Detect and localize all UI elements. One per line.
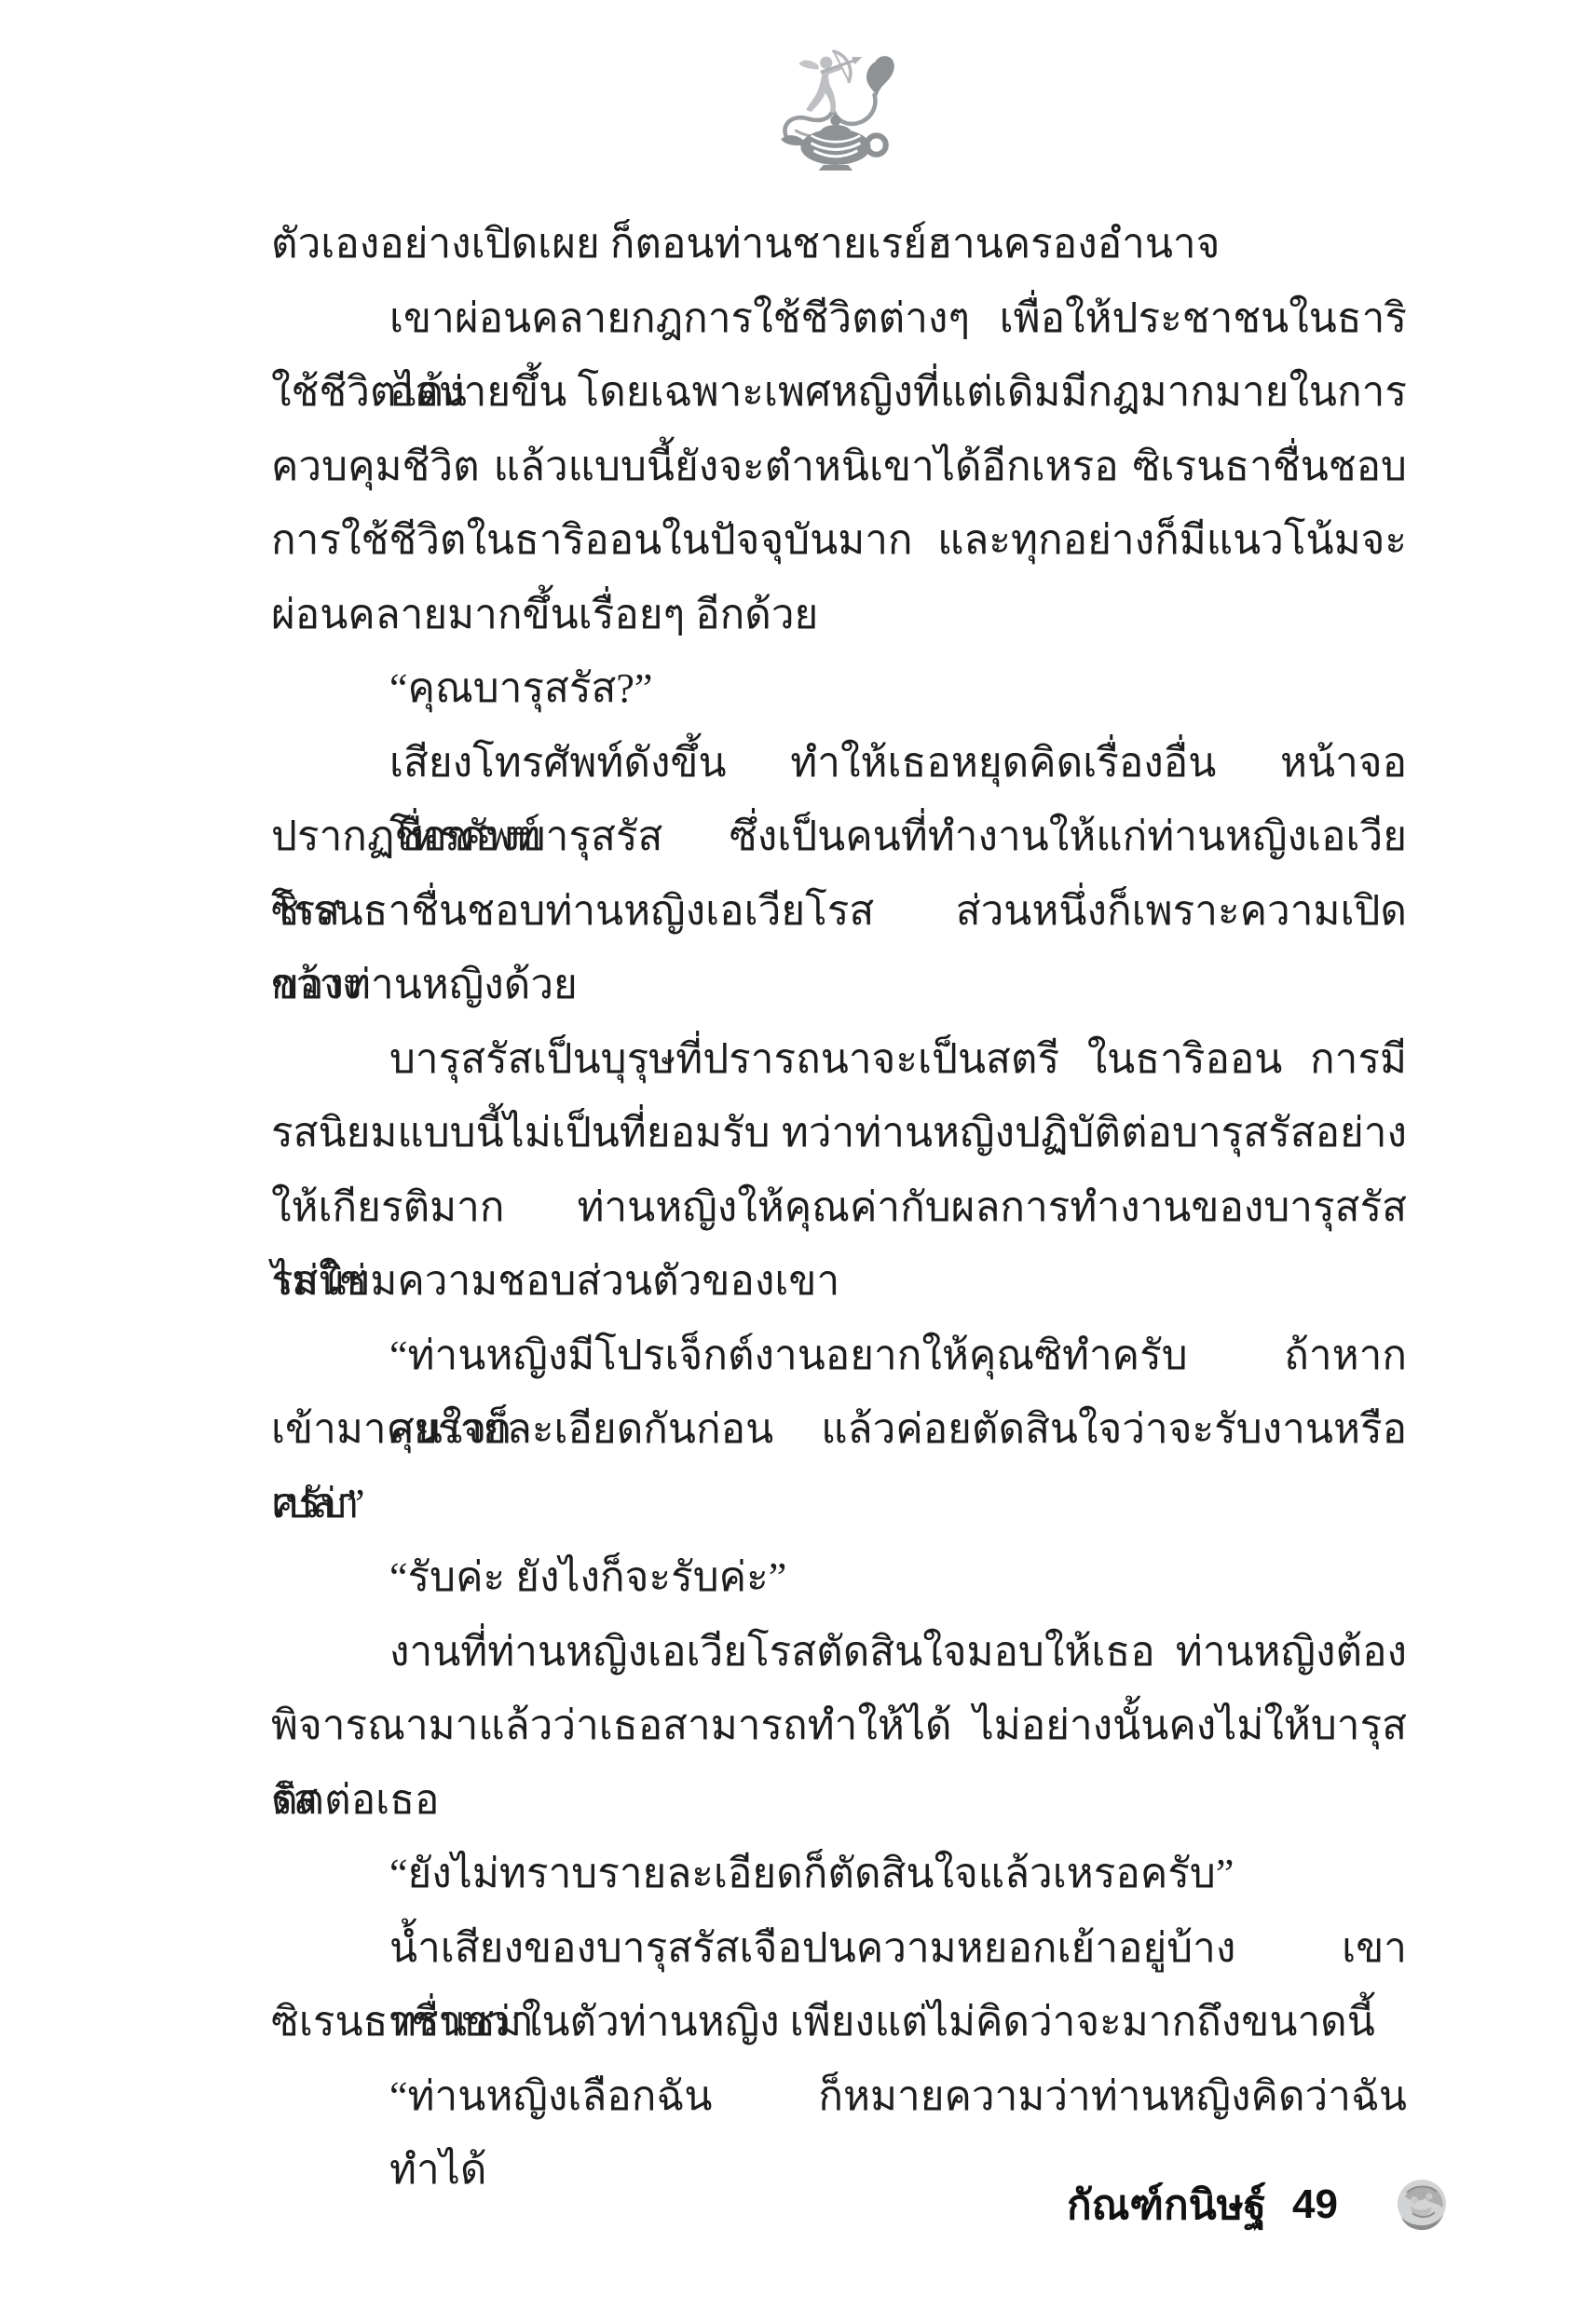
cupid-icon [798, 51, 862, 113]
text-line: ซิเรนธาชื่นชอบท่านหญิงเอเวียโรส ส่วนหนึ่… [271, 874, 1407, 949]
text-line: ใช้ชีวิตได้ง่ายขึ้น โดยเฉพาะเพศหญิงที่แต… [271, 355, 1407, 430]
text-line: ตัวเองอย่างเปิดเผย ก็ตอนท่านชายเรย์ฮานคร… [271, 207, 1407, 281]
text-line: เสียงโทรศัพท์ดังขึ้น ทำให้เธอหยุดคิดเรื่… [271, 726, 1407, 800]
text-line: “ท่านหญิงเลือกฉัน ก็หมายความว่าท่านหญิงค… [271, 2059, 1407, 2134]
text-line: “ยังไม่ทราบรายละเอียดก็ตัดสินใจแล้วเหรอค… [271, 1837, 1407, 1911]
text-line: “คุณบารุสรัส?” [271, 651, 1407, 726]
text-line: ควบคุมชีวิต แล้วแบบนี้ยังจะตำหนิเขาได้อี… [271, 430, 1407, 504]
text-line: การใช้ชีวิตในธาริออนในปัจจุบันมาก และทุก… [271, 503, 1407, 578]
text-line: น้ำเสียงของบารุสรัสเจือปนความหยอกเย้าอยู… [271, 1911, 1407, 1986]
author-name: กัณฑ์กนิษฐ์ [1067, 2172, 1266, 2237]
text-line: ผ่อนคลายมากขึ้นเรื่อยๆ อีกด้วย [271, 578, 1407, 652]
text-line: ครับ” [271, 1467, 1407, 1541]
text-line: ให้เกียรติมาก ท่านหญิงให้คุณค่ากับผลการท… [271, 1170, 1407, 1245]
text-line: “ท่านหญิงมีโปรเจ็กต์งานอยากให้คุณซิทำครั… [271, 1319, 1407, 1393]
text-line: ซิเรนธาชื่นชมในตัวท่านหญิง เพียงแต่ไม่คิ… [271, 1985, 1407, 2059]
text-line: พิจารณามาแล้วว่าเธอสามารถทำให้ได้ ไม่อย่… [271, 1689, 1407, 1763]
text-line: “รับค่ะ ยังไงก็จะรับค่ะ” [271, 1540, 1407, 1615]
text-line: งานที่ท่านหญิงเอเวียโรสตัดสินใจมอบให้เธอ… [271, 1615, 1407, 1689]
text-line: รสนิยมความชอบส่วนตัวของเขา [271, 1244, 1407, 1319]
cupid-lamp-ornament [779, 45, 900, 171]
text-line: ของท่านหญิงด้วย [271, 948, 1407, 1022]
text-line: บารุสรัสเป็นบุรุษที่ปรารถนาจะเป็นสตรี ใน… [271, 1022, 1407, 1097]
book-page: ตัวเองอย่างเปิดเผย ก็ตอนท่านชายเรย์ฮานคร… [0, 0, 1596, 2311]
text-line: ติดต่อเธอ [271, 1763, 1407, 1838]
cookie-icon [1392, 2176, 1452, 2234]
genie-lamp-icon [781, 116, 886, 171]
heart-icon [866, 56, 894, 96]
page-footer: กัณฑ์กนิษฐ์ 49 [1067, 2171, 1452, 2238]
page-number: 49 [1292, 2181, 1338, 2228]
text-line: ปรากฏชื่อของบารุสรัส ซึ่งเป็นคนที่ทำงานใ… [271, 800, 1407, 874]
body-text: ตัวเองอย่างเปิดเผย ก็ตอนท่านชายเรย์ฮานคร… [271, 207, 1407, 2133]
text-line: รสนิยมแบบนี้ไม่เป็นที่ยอมรับ ทว่าท่านหญิ… [271, 1096, 1407, 1170]
text-line: เข้ามาคุยรายละเอียดกันก่อน แล้วค่อยตัดสิ… [271, 1392, 1407, 1467]
text-line: เขาผ่อนคลายกฎการใช้ชีวิตต่างๆ เพื่อให้ปร… [271, 281, 1407, 356]
